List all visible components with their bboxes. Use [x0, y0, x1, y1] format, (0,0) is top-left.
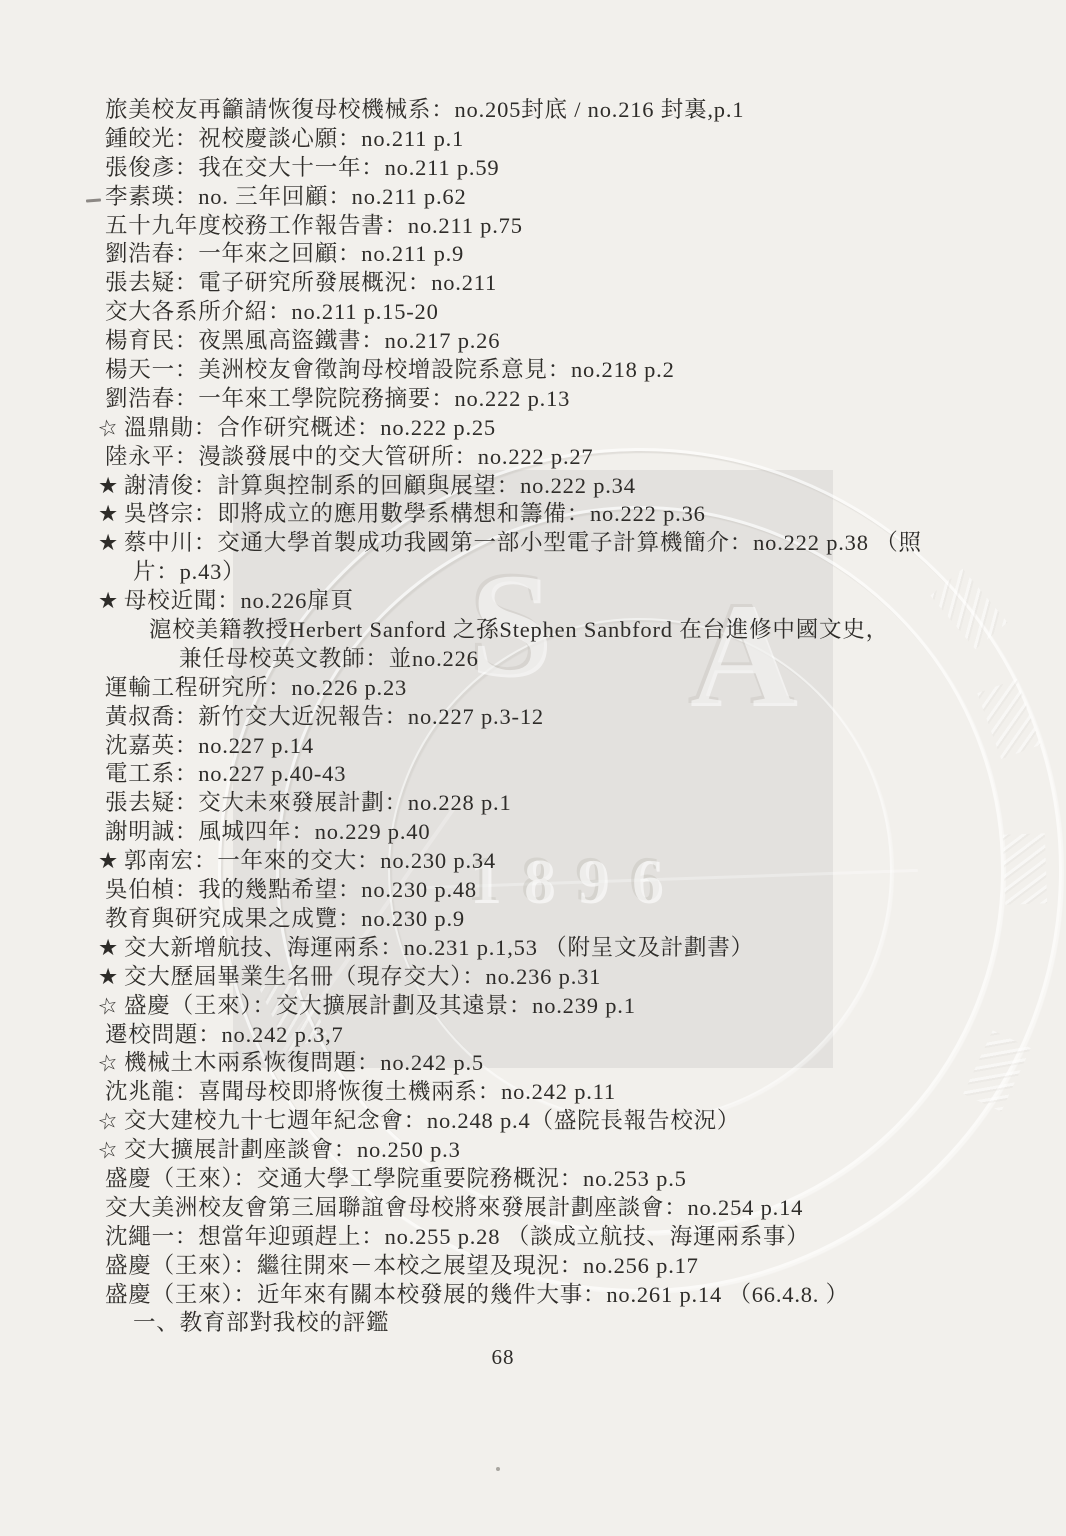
index-entry-text: 電工系：no.227 p.40-43 [105, 761, 346, 786]
index-entry: 鍾皎光：祝校慶談心願：no.211 p.1 [105, 125, 1045, 154]
scanned-document-page: S A 1896 旅美校友再籲請恢復母校機械系：no.205封底 / no.21… [0, 0, 1066, 1536]
index-entry-text: 滬校美籍教授Herbert Sanford 之孫Stephen Sanbford… [149, 617, 889, 642]
index-entry: 劉浩春：一年來工學院院務摘要：no.222 p.13 [105, 385, 1045, 414]
index-entry-text: 盛慶（王來）：近年來有關本校發展的幾件大事：no.261 p.14 （66.4.… [105, 1282, 849, 1307]
star-icon: ☆ [95, 989, 126, 1023]
index-entry-text: 母校近聞：no.226扉頁 [124, 588, 354, 613]
star-icon: ☆ [95, 1047, 126, 1081]
index-entry: 楊育民：夜黑風高盜鐵書：no.217 p.26 [105, 327, 1045, 356]
star-icon: ★ [98, 587, 124, 616]
index-entry-text: 交大歷屆畢業生名冊（現存交大）：no.236 p.31 [124, 964, 601, 989]
index-entry: 滬校美籍教授Herbert Sanford 之孫Stephen Sanbford… [105, 616, 1045, 645]
index-entry: 片：p.43） [105, 558, 1045, 587]
index-entry: 盛慶（王來）：交通大學工學院重要院務概況：no.253 p.5 [105, 1165, 1045, 1194]
index-entry: 吳伯楨：我的幾點希望：no.230 p.48 [105, 876, 1045, 905]
index-entry: 張去疑：交大未來發展計劃：no.228 p.1 [105, 789, 1045, 818]
index-entry-text: 吳伯楨：我的幾點希望：no.230 p.48 [105, 877, 477, 902]
index-entry-text: 張俊彥：我在交大十一年：no.211 p.59 [105, 155, 499, 180]
index-entry: 劉浩春：一年來之回顧：no.211 p.9 [105, 240, 1045, 269]
index-entry-text: 鍾皎光：祝校慶談心願：no.211 p.1 [105, 126, 464, 151]
star-icon: ★ [98, 963, 124, 992]
index-entry-text: 交大建校九十七週年紀念會：no.248 p.4（盛院長報告校況） [124, 1108, 740, 1133]
index-entry-text: 盛慶（王來）：交通大學工學院重要院務概況：no.253 p.5 [105, 1166, 687, 1191]
index-entry-text: 蔡中川：交通大學首製成功我國第一部小型電子計算機簡介：no.222 p.38 （… [124, 530, 922, 555]
index-entry: 教育與研究成果之成覽：no.230 p.9 [105, 905, 1045, 934]
index-entry: 電工系：no.227 p.40-43 [105, 760, 1045, 789]
index-entry: 張俊彥：我在交大十一年：no.211 p.59 [105, 154, 1045, 183]
index-entry: ★母校近聞：no.226扉頁 [105, 587, 1045, 616]
index-entry-text: 郭南宏：一年來的交大：no.230 p.34 [124, 848, 496, 873]
index-entry: 李素瑛：no. 三年回顧：no.211 p.62 [105, 183, 1045, 212]
scan-artifact-dash [86, 198, 101, 202]
star-icon: ★ [98, 500, 124, 529]
index-entry-text: 交大新增航技、海運兩系：no.231 p.1,53 （附呈文及計劃書） [124, 935, 754, 960]
index-entry: 沈嘉英：no.227 p.14 [105, 732, 1045, 761]
index-entry-text: 黃叔喬：新竹交大近況報告：no.227 p.3-12 [105, 704, 544, 729]
index-entry: 交大各系所介紹：no.211 p.15-20 [105, 298, 1045, 327]
index-entry-text: 楊天一：美洲校友會徵詢母校增設院系意見：no.218 p.2 [105, 357, 675, 382]
index-entry-text: 交大各系所介紹：no.211 p.15-20 [105, 299, 439, 324]
index-entry-text: 旅美校友再籲請恢復母校機械系：no.205封底 / no.216 封裏,p.1 [105, 97, 744, 122]
index-entry: 交大美洲校友會第三屆聯誼會母校將來發展計劃座談會：no.254 p.14 [105, 1194, 1045, 1223]
index-entry: ☆交大擴展計劃座談會：no.250 p.3 [105, 1136, 1045, 1165]
index-entry-text: 劉浩春：一年來工學院院務摘要：no.222 p.13 [105, 386, 570, 411]
index-entry-text: 張去疑：交大未來發展計劃：no.228 p.1 [105, 790, 512, 815]
index-entry-text: 沈兆龍：喜聞母校即將恢復土機兩系：no.242 p.11 [105, 1079, 616, 1104]
index-entry: 黃叔喬：新竹交大近況報告：no.227 p.3-12 [105, 703, 1045, 732]
index-entry-text: 盛慶（王來）：繼往開來－本校之展望及現況：no.256 p.17 [105, 1253, 699, 1278]
index-entry-text: 盛慶（王來）：交大擴展計劃及其遠景：no.239 p.1 [124, 993, 636, 1018]
index-entry: 沈兆龍：喜聞母校即將恢復土機兩系：no.242 p.11 [105, 1078, 1045, 1107]
index-entry: 旅美校友再籲請恢復母校機械系：no.205封底 / no.216 封裏,p.1 [105, 96, 1045, 125]
bibliography-index-list: 旅美校友再籲請恢復母校機械系：no.205封底 / no.216 封裏,p.1鍾… [105, 96, 1045, 1338]
index-entry: 盛慶（王來）：繼往開來－本校之展望及現況：no.256 p.17 [105, 1252, 1045, 1281]
index-entry-text: 教育與研究成果之成覽：no.230 p.9 [105, 906, 465, 931]
index-entry-text: 楊育民：夜黑風高盜鐵書：no.217 p.26 [105, 328, 500, 353]
index-entry-text: 兼任母校英文教師：並no.226 [179, 646, 479, 671]
star-icon: ☆ [95, 411, 126, 445]
index-entry: 楊天一：美洲校友會徵詢母校增設院系意見：no.218 p.2 [105, 356, 1045, 385]
star-icon: ★ [98, 529, 124, 558]
index-entry-text: 一、教育部對我校的評鑑 [133, 1310, 389, 1335]
index-entry-text: 劉浩春：一年來之回顧：no.211 p.9 [105, 241, 464, 266]
index-entry: ★謝清俊：計算與控制系的回顧與展望：no.222 p.34 [105, 472, 1045, 501]
index-entry: ☆溫鼎勛：合作研究概述：no.222 p.25 [105, 414, 1045, 443]
index-entry: ☆機械土木兩系恢復問題：no.242 p.5 [105, 1049, 1045, 1078]
index-entry: ★蔡中川：交通大學首製成功我國第一部小型電子計算機簡介：no.222 p.38 … [105, 529, 1045, 558]
star-icon: ☆ [95, 1105, 126, 1139]
index-entry-text: 交大美洲校友會第三屆聯誼會母校將來發展計劃座談會：no.254 p.14 [105, 1195, 803, 1220]
index-entry-text: 五十九年度校務工作報告書：no.211 p.75 [105, 213, 523, 238]
index-entry: ★郭南宏：一年來的交大：no.230 p.34 [105, 847, 1045, 876]
index-entry: 運輸工程研究所：no.226 p.23 [105, 674, 1045, 703]
index-entry: ★交大歷屆畢業生名冊（現存交大）：no.236 p.31 [105, 963, 1045, 992]
index-entry-text: 片：p.43） [133, 559, 245, 584]
index-entry: 五十九年度校務工作報告書：no.211 p.75 [105, 212, 1045, 241]
scan-artifact-dot [496, 1467, 500, 1471]
index-entry-text: 李素瑛：no. 三年回顧：no.211 p.62 [105, 184, 467, 209]
index-entry-text: 運輸工程研究所：no.226 p.23 [105, 675, 407, 700]
index-entry: 張去疑：電子研究所發展概況：no.211 [105, 269, 1045, 298]
index-entry-text: 交大擴展計劃座談會：no.250 p.3 [124, 1137, 461, 1162]
index-entry: 沈繩一：想當年迎頭趕上：no.255 p.28 （談成立航技、海運兩系事） [105, 1223, 1045, 1252]
index-entry: 陸永平：漫談發展中的交大管研所：no.222 p.27 [105, 443, 1045, 472]
index-entry-text: 吳啓宗：即將成立的應用數學系構想和籌備：no.222 p.36 [124, 501, 706, 526]
index-entry-text: 沈繩一：想當年迎頭趕上：no.255 p.28 （談成立航技、海運兩系事） [105, 1224, 810, 1249]
index-entry: 盛慶（王來）：近年來有關本校發展的幾件大事：no.261 p.14 （66.4.… [105, 1281, 1045, 1310]
index-entry: 遷校問題：no.242 p.3,7 [105, 1021, 1045, 1050]
star-icon: ★ [98, 472, 124, 501]
index-entry-text: 遷校問題：no.242 p.3,7 [105, 1022, 344, 1047]
index-entry: ★吳啓宗：即將成立的應用數學系構想和籌備：no.222 p.36 [105, 500, 1045, 529]
index-entry-text: 機械土木兩系恢復問題：no.242 p.5 [124, 1050, 484, 1075]
index-entry-text: 陸永平：漫談發展中的交大管研所：no.222 p.27 [105, 444, 593, 469]
index-entry-text: 謝明誠：風城四年：no.229 p.40 [105, 819, 430, 844]
index-entry: 一、教育部對我校的評鑑 [105, 1309, 1045, 1338]
index-entry-text: 謝清俊：計算與控制系的回顧與展望：no.222 p.34 [124, 473, 636, 498]
star-icon: ★ [98, 847, 124, 876]
index-entry-text: 溫鼎勛：合作研究概述：no.222 p.25 [124, 415, 496, 440]
index-entry: ★交大新增航技、海運兩系：no.231 p.1,53 （附呈文及計劃書） [105, 934, 1045, 963]
star-icon: ★ [98, 934, 124, 963]
index-entry-text: 張去疑：電子研究所發展概況：no.211 [105, 270, 497, 295]
index-entry: 謝明誠：風城四年：no.229 p.40 [105, 818, 1045, 847]
index-entry-text: 沈嘉英：no.227 p.14 [105, 733, 314, 758]
index-entry: ☆交大建校九十七週年紀念會：no.248 p.4（盛院長報告校況） [105, 1107, 1045, 1136]
page-number: 68 [0, 1345, 1006, 1370]
index-entry: 兼任母校英文教師：並no.226 [105, 645, 1045, 674]
index-entry: ☆盛慶（王來）：交大擴展計劃及其遠景：no.239 p.1 [105, 992, 1045, 1021]
star-icon: ☆ [95, 1134, 126, 1168]
